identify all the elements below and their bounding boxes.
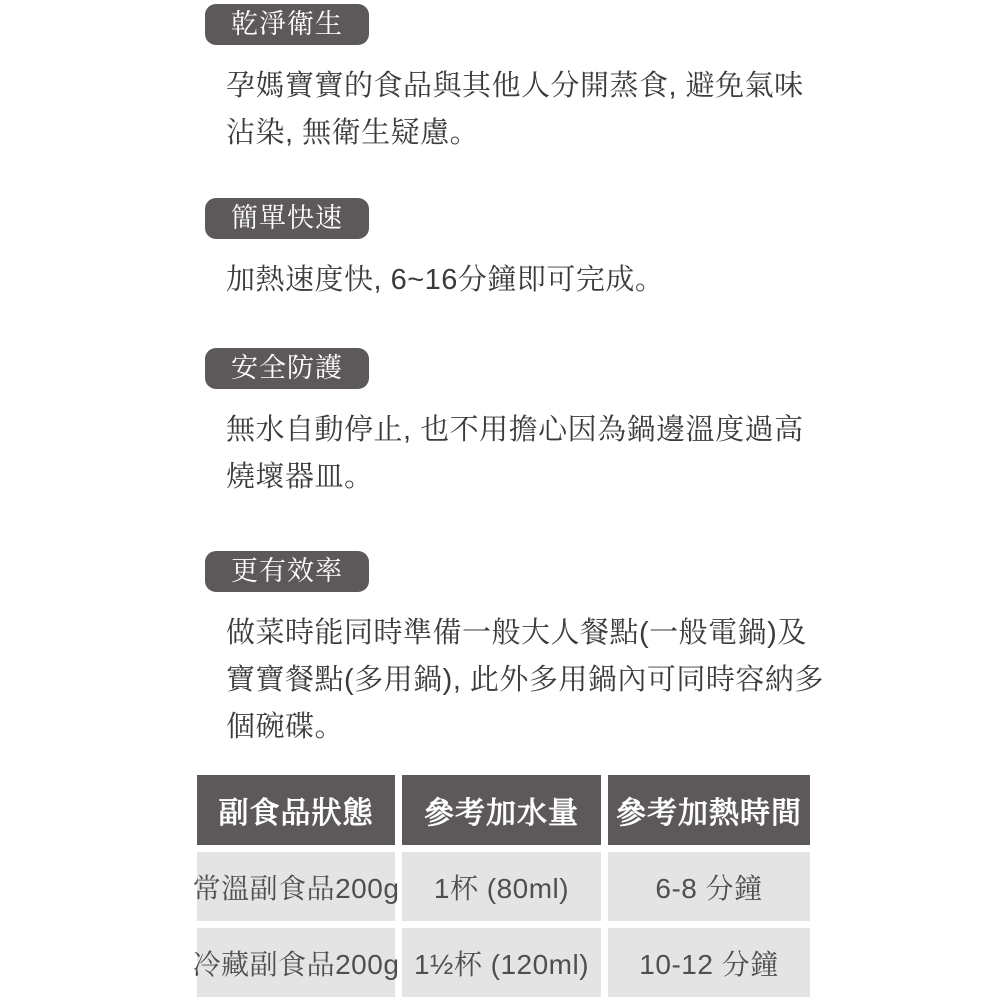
feature-paragraph: 加熱速度快, 6~16分鐘即可完成。 <box>226 257 845 304</box>
content-column: 乾淨衛生 孕媽寶寶的食品與其他人分開蒸食, 避免氣味 沾染, 無衛生疑慮。 簡單… <box>205 4 845 997</box>
feature-text-line: 寶寶餐點(多用鍋), 此外多用鍋內可同時容納多 <box>226 657 845 704</box>
feature-paragraph: 孕媽寶寶的食品與其他人分開蒸食, 避免氣味 沾染, 無衛生疑慮。 <box>226 63 845 157</box>
table-cell-row1-heating-time: 6-8 分鐘 <box>608 852 810 921</box>
feature-text-line: 孕媽寶寶的食品與其他人分開蒸食, 避免氣味 <box>226 63 845 110</box>
feature-badge: 乾淨衛生 <box>205 4 369 45</box>
feature-badge: 簡單快速 <box>205 198 369 239</box>
feature-badge: 安全防護 <box>205 348 369 389</box>
feature-text-line: 燒壞器皿。 <box>226 454 845 501</box>
product-description-page: 乾淨衛生 孕媽寶寶的食品與其他人分開蒸食, 避免氣味 沾染, 無衛生疑慮。 簡單… <box>0 0 1000 1000</box>
table-cell-row2-water-amount: 1½杯 (120ml) <box>402 928 601 997</box>
table-header-water-amount: 參考加水量 <box>402 775 601 845</box>
table-header-food-state: 副食品狀態 <box>197 775 395 845</box>
table-cell-row1-water-amount: 1杯 (80ml) <box>402 852 601 921</box>
feature-text-line: 個碗碟。 <box>226 704 845 751</box>
feature-paragraph: 無水自動停止, 也不用擔心因為鍋邊溫度過高 燒壞器皿。 <box>226 407 845 501</box>
feature-section-hygiene: 乾淨衛生 孕媽寶寶的食品與其他人分開蒸食, 避免氣味 沾染, 無衛生疑慮。 <box>205 4 845 157</box>
table-cell-row1-food-state: 常溫副食品200g <box>197 852 395 921</box>
table-header-heating-time: 參考加熱時間 <box>608 775 810 845</box>
feature-badge: 更有效率 <box>205 551 369 592</box>
feature-section-speed: 簡單快速 加熱速度快, 6~16分鐘即可完成。 <box>205 157 845 304</box>
feature-paragraph: 做菜時能同時準備一般大人餐點(一般電鍋)及 寶寶餐點(多用鍋), 此外多用鍋內可… <box>226 610 845 751</box>
table-cell-row2-heating-time: 10-12 分鐘 <box>608 928 810 997</box>
heating-spec-table: 副食品狀態 參考加水量 參考加熱時間 常溫副食品200g 1杯 (80ml) 6… <box>197 775 845 997</box>
feature-text-line: 無水自動停止, 也不用擔心因為鍋邊溫度過高 <box>226 407 845 454</box>
feature-text-line: 加熱速度快, 6~16分鐘即可完成。 <box>226 257 845 304</box>
feature-section-safety: 安全防護 無水自動停止, 也不用擔心因為鍋邊溫度過高 燒壞器皿。 <box>205 304 845 501</box>
feature-text-line: 做菜時能同時準備一般大人餐點(一般電鍋)及 <box>226 610 845 657</box>
feature-text-line: 沾染, 無衛生疑慮。 <box>226 110 845 157</box>
feature-section-efficiency: 更有效率 做菜時能同時準備一般大人餐點(一般電鍋)及 寶寶餐點(多用鍋), 此外… <box>205 501 845 751</box>
table-cell-row2-food-state: 冷藏副食品200g <box>197 928 395 997</box>
